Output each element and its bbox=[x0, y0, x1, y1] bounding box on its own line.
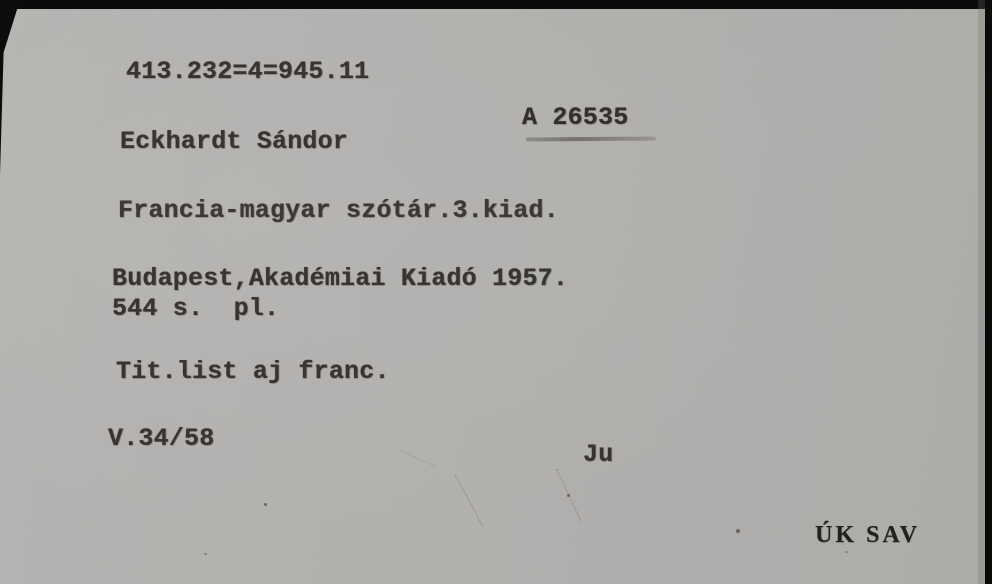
processing-number: V.34/58 bbox=[108, 425, 214, 453]
cataloguer-initials: Ju bbox=[583, 441, 613, 469]
title-line: Francia-magyar szótár.3.kiad. bbox=[118, 197, 559, 225]
paper-speck bbox=[845, 551, 848, 553]
scan-edge-shadow bbox=[978, 0, 985, 584]
paper-speck bbox=[736, 529, 740, 533]
collation-line: 544 s. pl. bbox=[112, 295, 279, 323]
paper-speck bbox=[204, 553, 207, 555]
call-number: 413.232=4=945.11 bbox=[126, 58, 369, 86]
scanned-catalog-card: 413.232=4=945.11 A 26535 Eckhardt Sándor… bbox=[0, 0, 992, 584]
note-line: Tit.list aj franc. bbox=[116, 358, 390, 386]
library-stamp: ÚK SAV bbox=[815, 522, 920, 549]
scan-edge-right bbox=[985, 0, 992, 584]
imprint-line: Budapest,Akadémiai Kiadó 1957. bbox=[112, 265, 568, 293]
author-line: Eckhardt Sándor bbox=[120, 128, 348, 156]
accession-number: A 26535 bbox=[522, 104, 628, 132]
paper-speck bbox=[567, 494, 570, 497]
scan-edge-top bbox=[0, 0, 992, 9]
paper-speck bbox=[264, 503, 267, 506]
